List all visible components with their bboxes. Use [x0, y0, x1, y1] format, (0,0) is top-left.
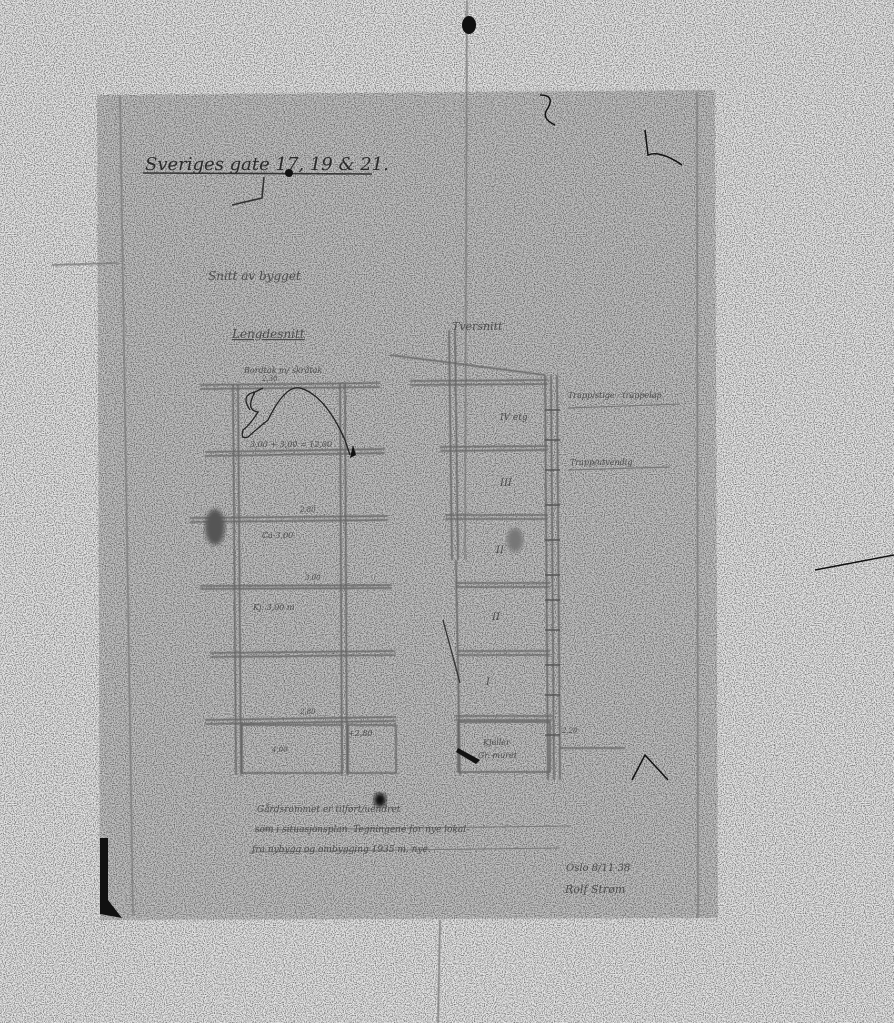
note-line: Gårdsrommet er tilført/uendret [257, 803, 401, 815]
floor-label: II [491, 612, 501, 623]
left-annotation: 2,80 [299, 506, 316, 514]
left-annotation: Kj. 3,00 m [252, 603, 295, 612]
left-annotation: +2,80 [348, 729, 373, 738]
subtitle: Snitt av bygget [208, 269, 301, 283]
right-annotation: 2,20 [561, 727, 578, 735]
note-line: fra nybygg og ombygging 1935 m. nye. [251, 845, 431, 855]
left-annotation: 4,00 [271, 746, 288, 754]
basement-label: Kjeller [482, 738, 511, 747]
drawing-title: Sveriges gate 17, 19 & 21. [145, 154, 389, 175]
signature-name: Rolf Strøm [564, 883, 625, 896]
scanned-drawing: Sveriges gate 17, 19 & 21. Snitt av bygg… [0, 0, 894, 1023]
floor-label: II [495, 545, 505, 556]
left-annotation: 2,30 [261, 375, 278, 383]
left-annotation: Ca 3,00 [262, 531, 293, 540]
note-line: som i situasjonsplan. Tegningene for nye… [255, 825, 469, 835]
scan-noise [0, 0, 894, 1023]
floor-label: IV etg [499, 413, 528, 423]
right-annotation: Trapp/stige - trappeløp [568, 391, 662, 400]
left-annotation: 3,00 [305, 574, 321, 582]
basement-note: Gr. muret [478, 751, 518, 760]
left-annotation: 3,00 + 3,00 = 12,00 [250, 440, 332, 449]
left-section-heading: Lengdesnitt [231, 327, 305, 341]
signature-place-date: Oslo 8/11-38 [566, 863, 630, 874]
floor-label: III [499, 478, 513, 489]
left-annotation: 2,80 [299, 708, 316, 716]
right-section-heading: Tversnitt [452, 320, 503, 333]
right-annotation: Trapp/utvendig [570, 458, 632, 467]
left-annotation: Bordtak m/ skråtak [243, 366, 322, 375]
